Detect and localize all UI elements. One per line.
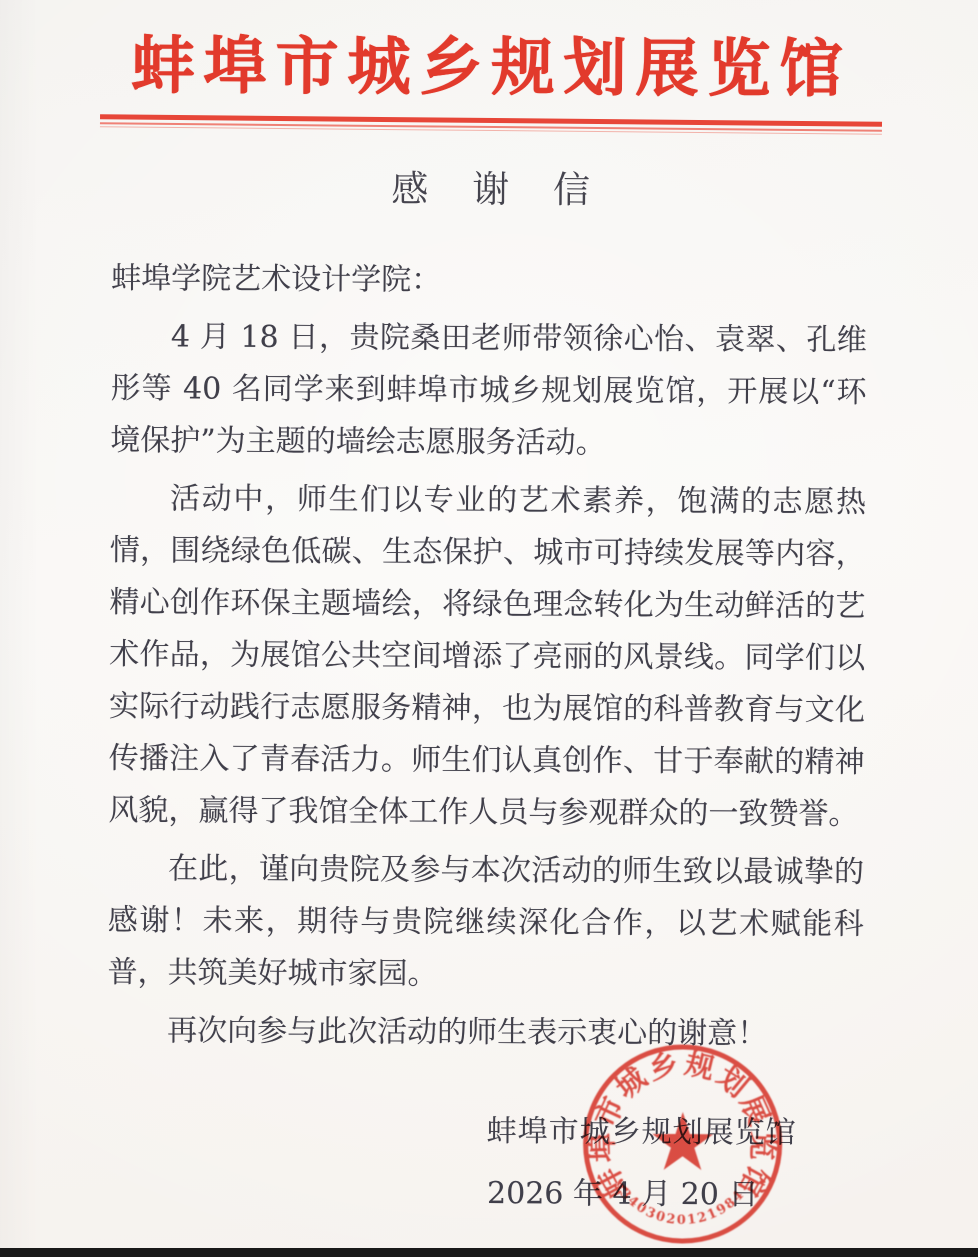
letter-paragraph: 活动中，师生们以专业的艺术素养，饱满的志愿热情，围绕绿色低碳、生态保护、城市可持… xyxy=(108,473,866,841)
salutation: 蚌埠学院艺术设计学院： xyxy=(111,253,867,309)
letter-sheet: 蚌埠市城乡规划展览馆 感 谢 信 蚌埠学院艺术设计学院： 4 月 18 日，贵院… xyxy=(0,0,978,1257)
letter-title: 感 谢 信 xyxy=(2,164,978,215)
seal-serial-number: 3403020121984 xyxy=(616,1186,748,1228)
red-divider xyxy=(100,114,882,135)
photo-bottom-edge xyxy=(0,1248,978,1257)
seal-star-icon xyxy=(652,1112,713,1170)
letter-paragraph: 4 月 18 日，贵院桑田老师带领徐心怡、袁翠、孔维彤等 40 名同学来到蚌埠市… xyxy=(110,311,867,471)
official-seal-stamp: 蚌埠市城乡规划展览馆 3403020121984 xyxy=(577,1038,788,1249)
letterhead-title: 蚌埠市城乡规划展览馆 xyxy=(2,0,978,113)
letter-paragraphs: 4 月 18 日，贵院桑田老师带领徐心怡、袁翠、孔维彤等 40 名同学来到蚌埠市… xyxy=(107,311,867,1061)
letter-body: 蚌埠学院艺术设计学院： 4 月 18 日，贵院桑田老师带领徐心怡、袁翠、孔维彤等… xyxy=(107,253,867,1061)
letter-paragraph: 在此，谨向贵院及参与本次活动的师生致以最诚挚的感谢！未来，期待与贵院继续深化合作… xyxy=(107,843,864,1003)
svg-text:3403020121984: 3403020121984 xyxy=(616,1186,748,1228)
letter-content: 蚌埠市城乡规划展览馆 感 谢 信 蚌埠学院艺术设计学院： 4 月 18 日，贵院… xyxy=(0,0,978,1257)
